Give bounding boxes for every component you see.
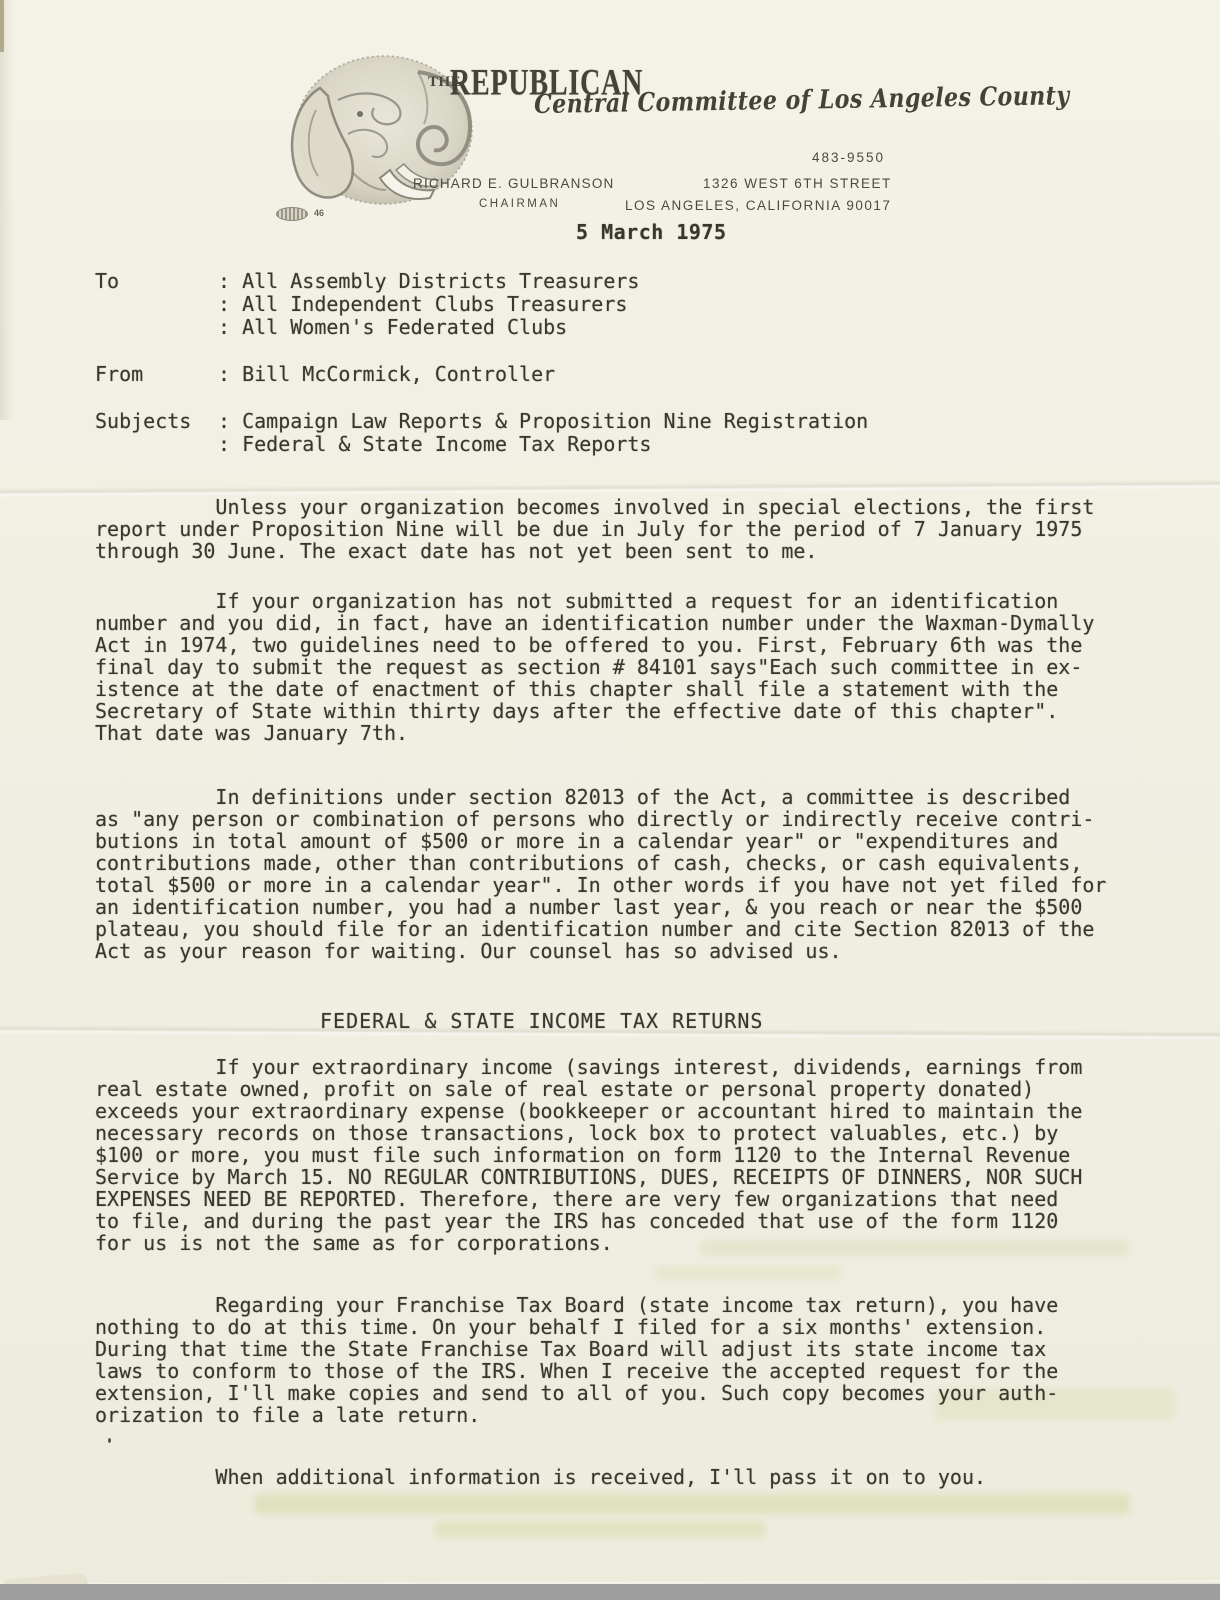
memo-subjects-line: : Campaign Law Reports & Proposition Nin… — [218, 410, 1135, 433]
address-street: 1326 WEST 6TH STREET — [703, 176, 892, 191]
ink-speck — [108, 1438, 111, 1443]
memo-from-line: : Bill McCormick, Controller — [218, 363, 1135, 386]
union-bug-number: 46 — [314, 208, 324, 218]
paragraph-closing: When additional information is received,… — [95, 1466, 1135, 1488]
section-heading-tax-returns: FEDERAL & STATE INCOME TAX RETURNS — [95, 1010, 1135, 1032]
memo-subjects-label: Subjects — [95, 410, 218, 456]
memo-from-label: From — [95, 363, 218, 386]
union-bug-icon — [276, 207, 308, 221]
memo-row-subjects: Subjects : Campaign Law Reports & Propos… — [95, 410, 1135, 456]
memo-to-lines: : All Assembly Districts Treasurers : Al… — [218, 270, 1135, 339]
paragraph-federal-income: If your extraordinary income (savings in… — [95, 1056, 1135, 1254]
paragraph-committee-definition: In definitions under section 82013 of th… — [95, 786, 1135, 962]
memo-row-from: From : Bill McCormick, Controller — [95, 363, 1135, 386]
paragraph-identification-number: If your organization has not submitted a… — [95, 590, 1135, 744]
memo-from-lines: : Bill McCormick, Controller — [218, 363, 1135, 386]
paragraph-franchise-tax-board: Regarding your Franchise Tax Board (stat… — [95, 1294, 1135, 1426]
bleed-through-text — [435, 1521, 765, 1537]
phone-number: 483-9550 — [812, 150, 885, 165]
letter-date: 5 March 1975 — [576, 220, 727, 244]
memo-to-line: : All Assembly Districts Treasurers — [218, 270, 1135, 293]
memo-subjects-lines: : Campaign Law Reports & Proposition Nin… — [218, 410, 1135, 456]
chairman-title: CHAIRMAN — [479, 198, 560, 210]
memo-subjects-line: : Federal & State Income Tax Reports — [218, 433, 1135, 456]
chairman-name: RICHARD E. GULBRANSON — [413, 176, 614, 191]
letter-content: To : All Assembly Districts Treasurers :… — [0, 270, 1135, 1488]
memo-to-line: : All Independent Clubs Treasurers — [218, 293, 1135, 316]
memo-row-to: To : All Assembly Districts Treasurers :… — [95, 270, 1135, 339]
letterhead: 46 THE REPUBLICAN Central Committee of L… — [0, 0, 1220, 255]
letter-page: 46 THE REPUBLICAN Central Committee of L… — [0, 0, 1220, 1600]
bleed-through-text — [255, 1494, 1130, 1514]
scanner-background — [0, 1584, 1220, 1600]
memo-to-label: To — [95, 270, 218, 339]
memo-to-line: : All Women's Federated Clubs — [218, 316, 1135, 339]
address-city: LOS ANGELES, CALIFORNIA 90017 — [625, 198, 891, 213]
memo-header: To : All Assembly Districts Treasurers :… — [95, 270, 1135, 456]
paragraph-proposition-nine: Unless your organization becomes involve… — [95, 496, 1135, 562]
